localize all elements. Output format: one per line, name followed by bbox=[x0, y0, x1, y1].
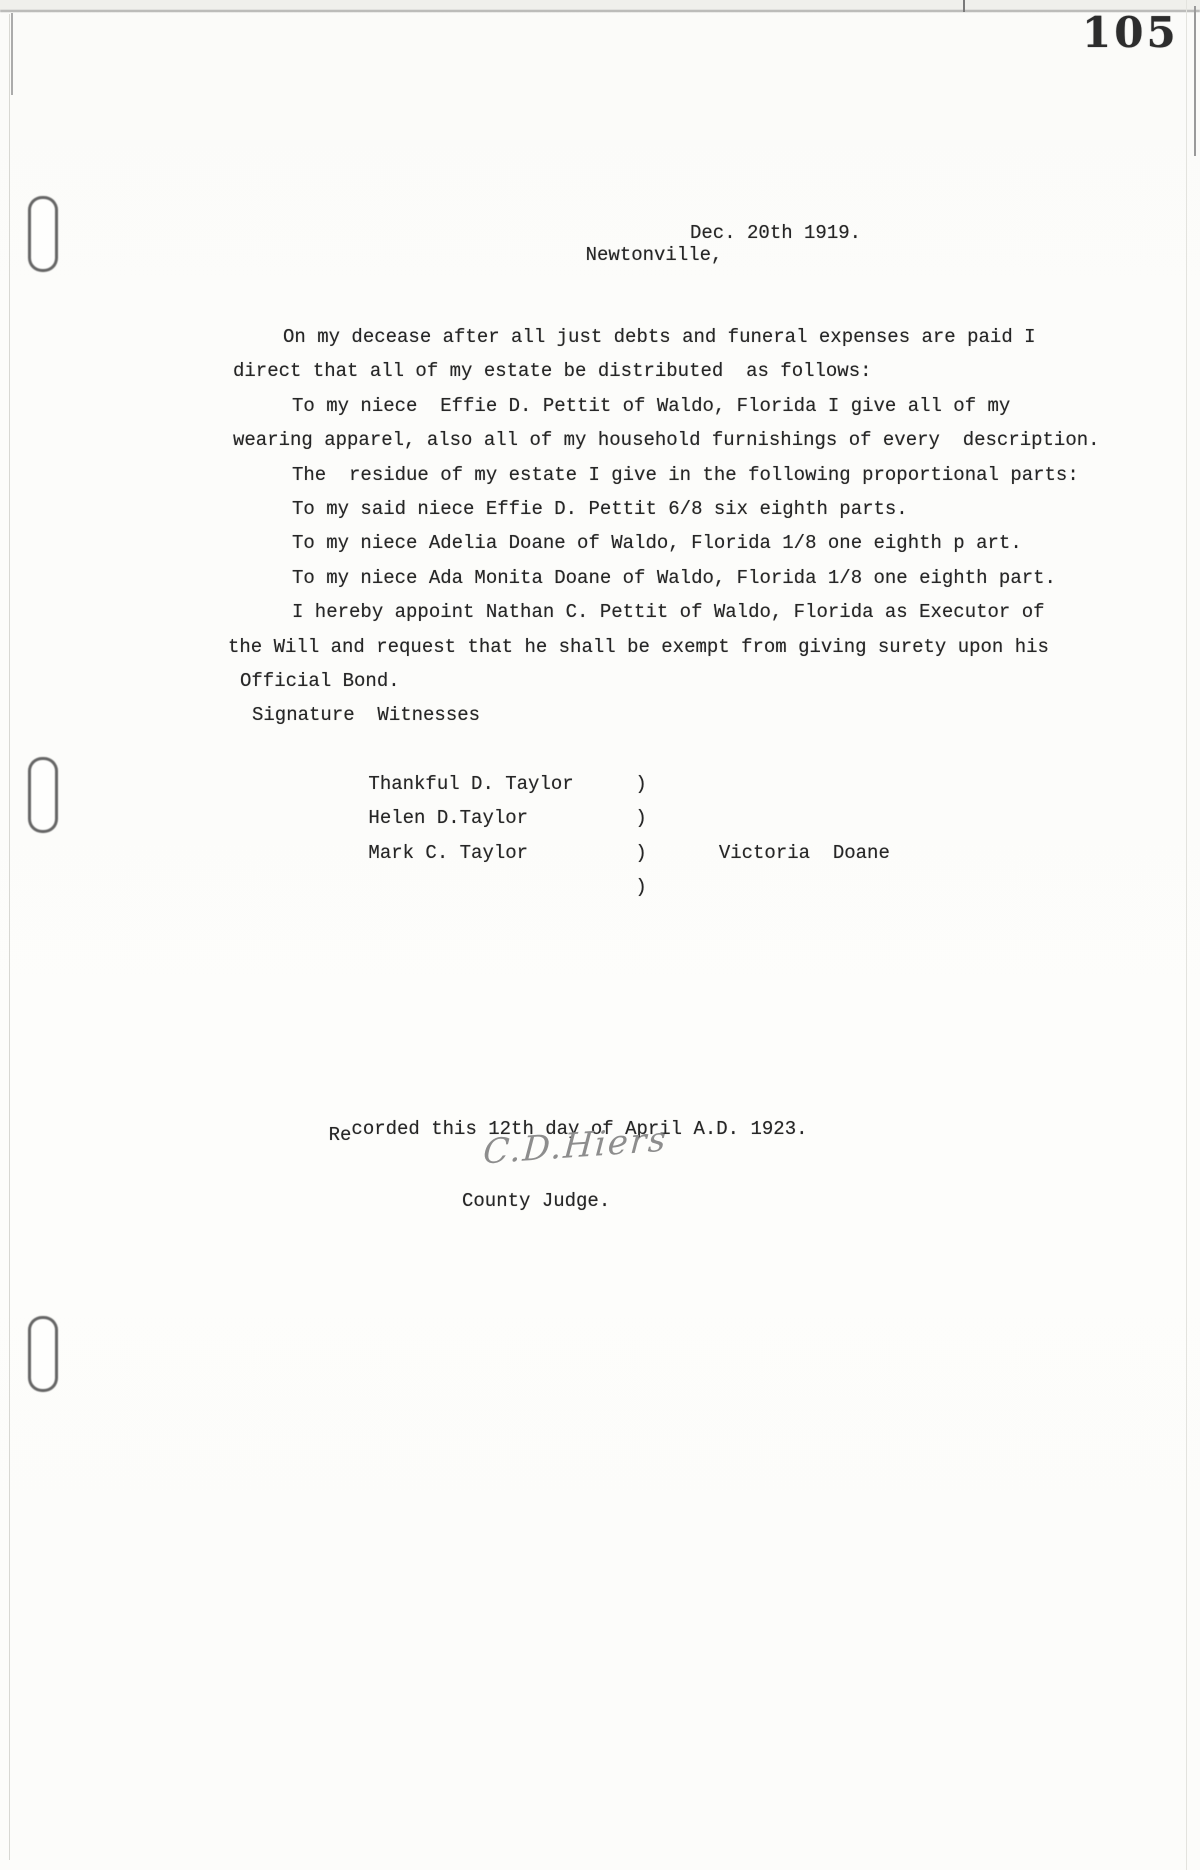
dateline-date: Dec. 20th 1919. bbox=[690, 222, 861, 244]
page-number: 105 bbox=[1082, 8, 1179, 57]
testator-name: Victoria Doane bbox=[719, 842, 890, 864]
dateline: Newtonville, Dec. 20th 1919. bbox=[540, 222, 722, 310]
bequest-ada-monita-doane: To my niece Ada Monita Doane of Waldo, F… bbox=[0, 561, 1200, 595]
witness-name: Thankful D. Taylor bbox=[368, 767, 635, 801]
binder-hole bbox=[28, 1316, 58, 1392]
scanned-will-page: 105 Newtonville, Dec. 20th 1919. On my d… bbox=[0, 0, 1200, 1870]
witness-paren: ) bbox=[635, 807, 646, 829]
scan-top-line bbox=[0, 10, 1200, 12]
county-judge-title: County Judge. bbox=[462, 1190, 610, 1212]
scan-top-strip bbox=[0, 0, 1200, 10]
binder-hole bbox=[28, 196, 58, 272]
executor-clause-line-2: the Will and request that he shall be ex… bbox=[0, 630, 1200, 664]
recorded-line-prefix: Re bbox=[329, 1124, 352, 1146]
executor-clause-line-1: I hereby appoint Nathan C. Pettit of Wal… bbox=[0, 595, 1200, 629]
witness-paren: ) bbox=[635, 773, 646, 795]
witness-name: Helen D.Taylor bbox=[368, 801, 635, 835]
witness-paren: ) bbox=[635, 842, 646, 864]
signature-witnesses-heading: Signature Witnesses bbox=[0, 698, 1200, 732]
scan-left-edge-line bbox=[9, 14, 10, 1860]
clause-debts-line-2: direct that all of my estate be distribu… bbox=[0, 354, 1200, 388]
witness-name: Mark C. Taylor bbox=[368, 836, 635, 870]
will-body: On my decease after all just debts and f… bbox=[0, 320, 1200, 870]
clause-residue: The residue of my estate I give in the f… bbox=[0, 458, 1200, 492]
bequest-adelia-doane: To my niece Adelia Doane of Waldo, Flori… bbox=[0, 526, 1200, 560]
bequest-apparel-line-1: To my niece Effie D. Pettit of Waldo, Fl… bbox=[0, 389, 1200, 423]
scan-left-edge-shadow bbox=[11, 13, 13, 95]
scan-artifact-tick bbox=[963, 0, 965, 12]
official-bond-line: Official Bond. bbox=[0, 664, 1200, 698]
dateline-place: Newtonville, bbox=[586, 244, 723, 266]
bequest-apparel-line-2: wearing apparel, also all of my househol… bbox=[0, 423, 1200, 457]
clause-debts-line-1: On my decease after all just debts and f… bbox=[0, 320, 1200, 354]
witness-row: Thankful D. Taylor) bbox=[0, 733, 1200, 767]
witness-paren: ) bbox=[635, 876, 646, 898]
bequest-effie-pettit: To my said niece Effie D. Pettit 6/8 six… bbox=[0, 492, 1200, 526]
scan-right-edge-shadow bbox=[1194, 6, 1196, 156]
scan-right-edge-line bbox=[1186, 0, 1187, 1870]
